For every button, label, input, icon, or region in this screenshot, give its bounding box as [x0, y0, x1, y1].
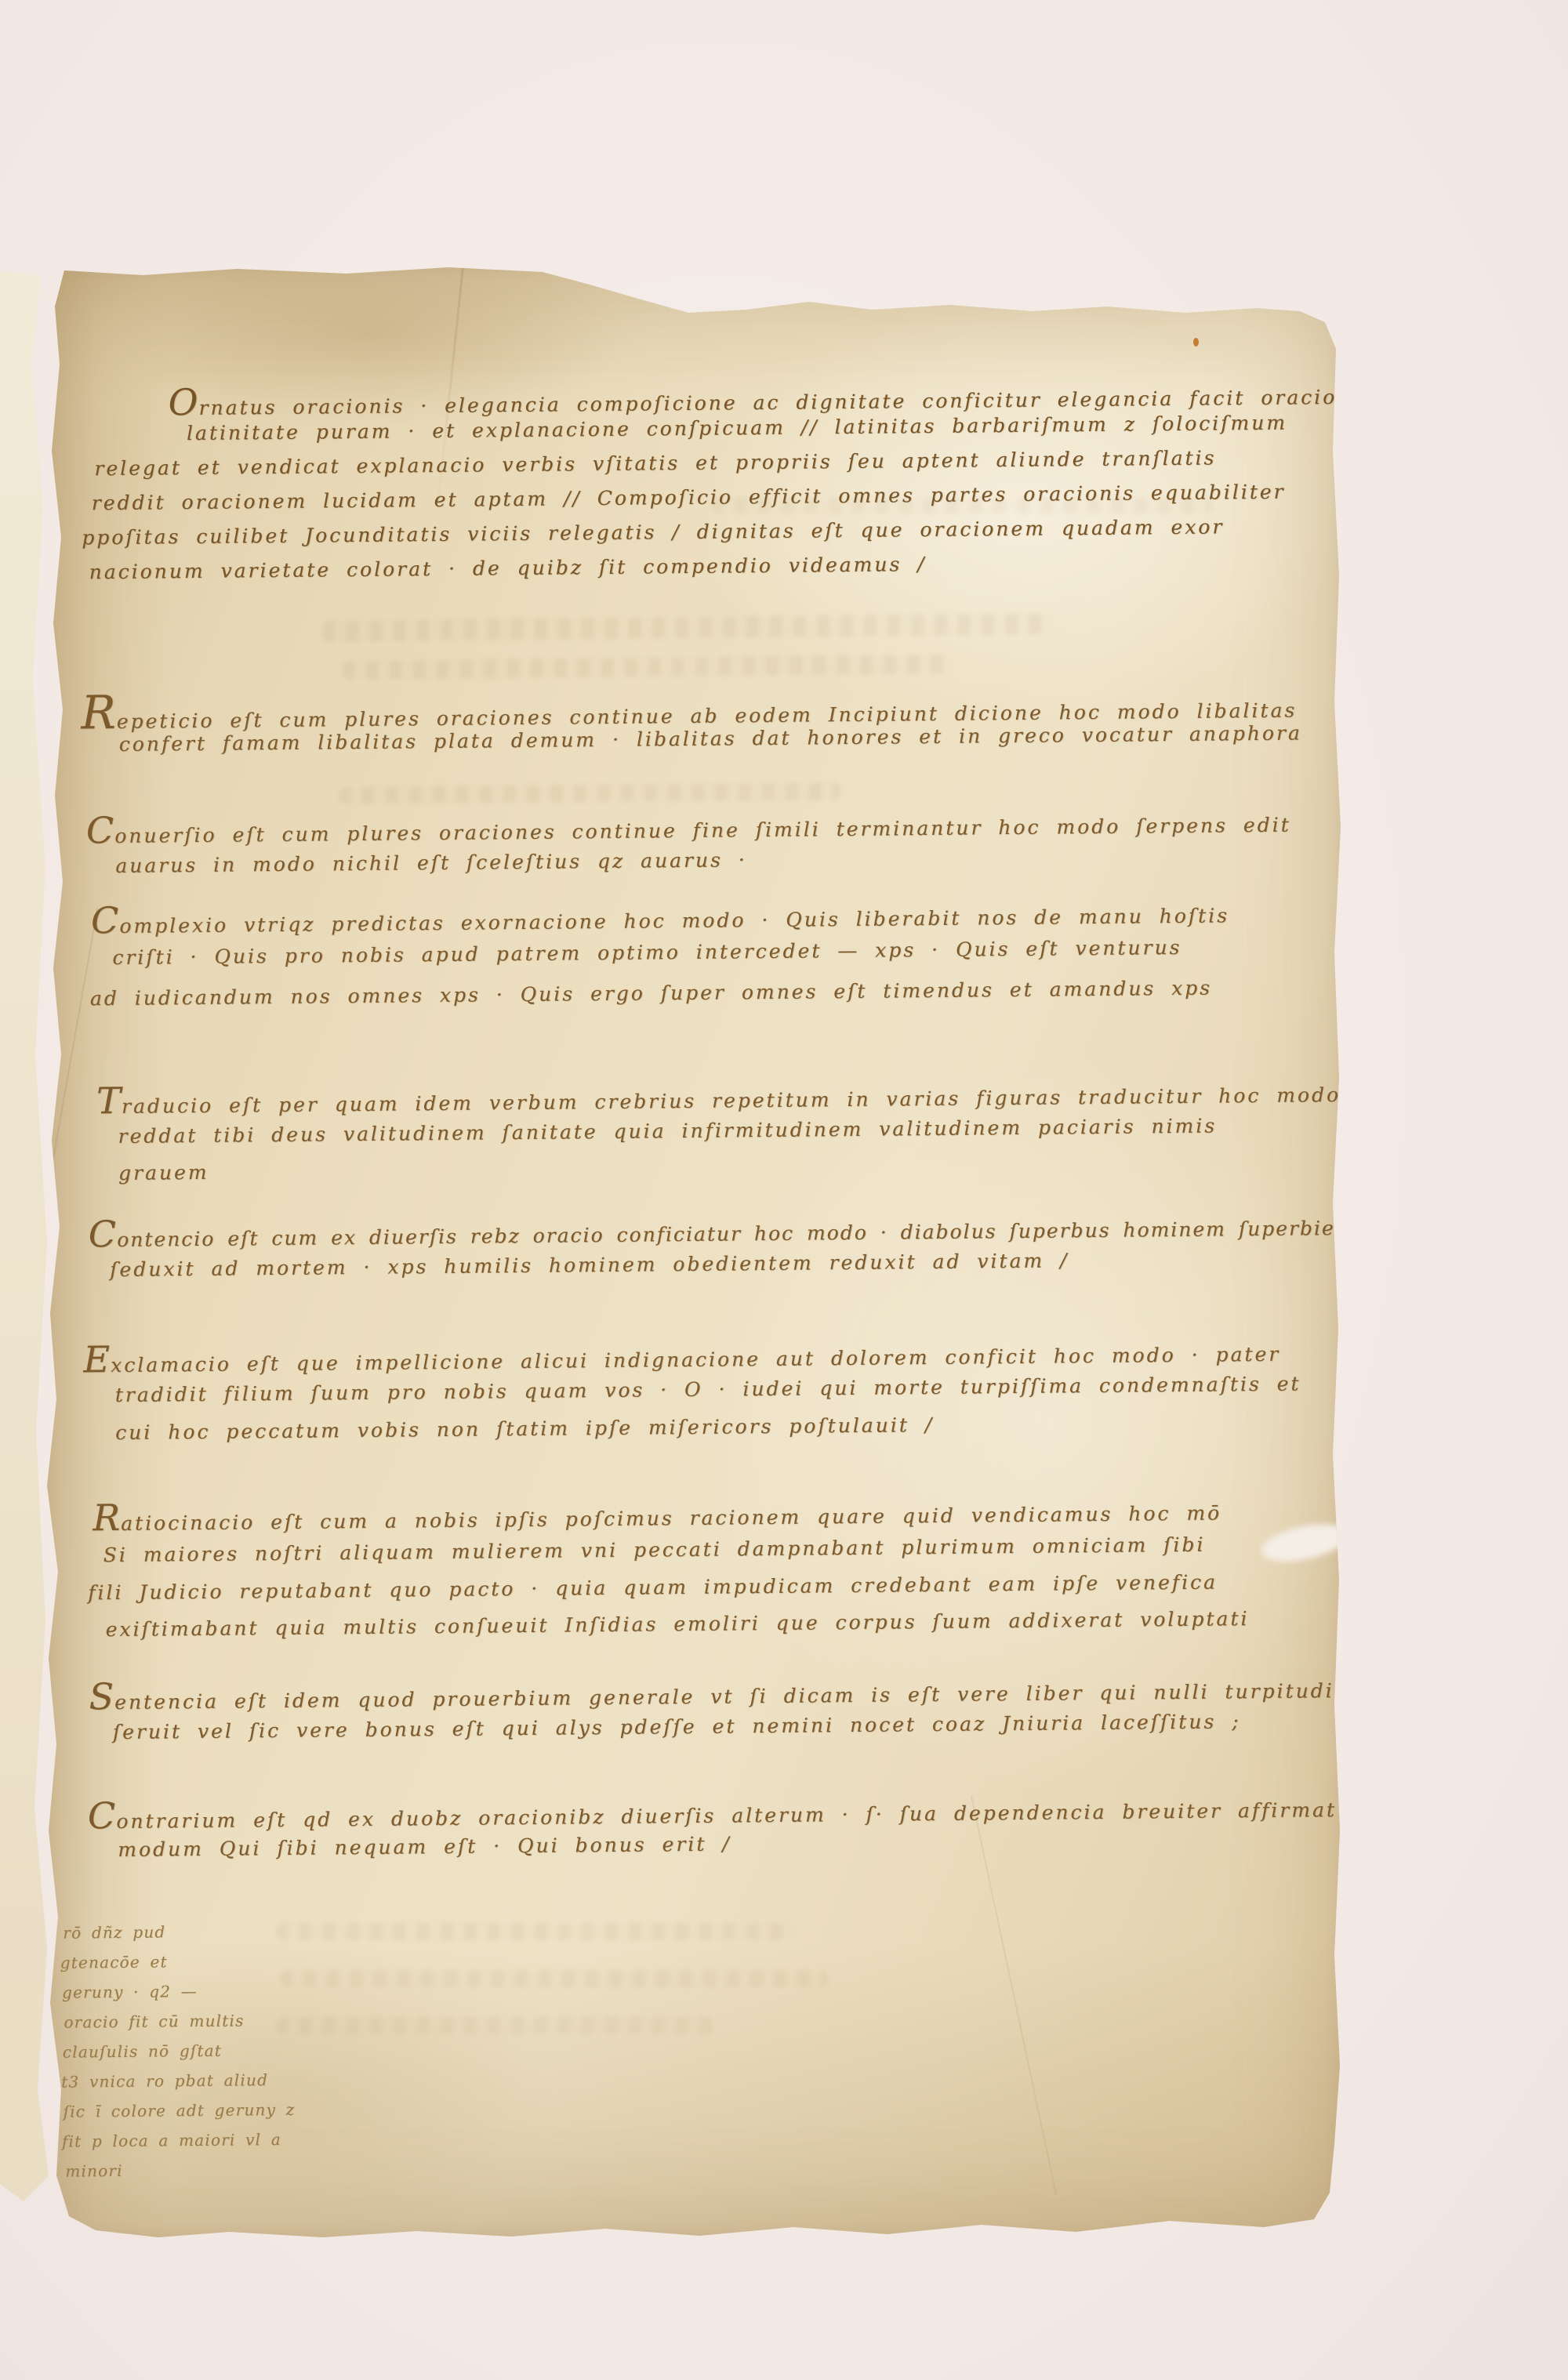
- manuscript-line: Traducio eſt per quam idem verbum crebri…: [96, 1074, 1341, 1118]
- manuscript-line: criſti · Quis pro nobis apud patrem opti…: [112, 936, 1181, 969]
- manuscript-line: exiſtimabant quia multis conſueuit Inſid…: [105, 1607, 1249, 1641]
- manuscript-line: Sentencia eſt idem quod prouerbium gener…: [89, 1670, 1358, 1714]
- margin-note-line: clauſulis nō gſtat: [63, 2041, 222, 2062]
- manuscript-line: cui hoc peccatum vobis non ſtatim ipſe m…: [115, 1413, 934, 1444]
- manuscript-line: auarus in modo nichil eſt ſceleſtius qz …: [115, 848, 747, 877]
- manuscript-line: ſeruit vel ſic vere bonus eſt qui alys p…: [113, 1710, 1241, 1743]
- manuscript-line: ppoſitas cuilibet Jocunditatis viciis re…: [82, 515, 1224, 549]
- margin-note-line: minori: [65, 2161, 123, 2181]
- margin-note-line: oracio fit cū multis: [64, 2011, 244, 2031]
- manuscript-line: relegat et vendicat explanacio verbis vſ…: [94, 446, 1216, 480]
- handwritten-text-block: Ornatus oracionis · elegancia compoſicio…: [39, 251, 1361, 2240]
- photo-backdrop: Ornatus oracionis · elegancia compoſicio…: [0, 0, 1568, 2380]
- manuscript-line: Conuerſio eſt cum plures oraciones conti…: [86, 804, 1291, 848]
- manuscript-line: ad iudicandum nos omnes xps · Quis ergo …: [90, 977, 1212, 1010]
- margin-note-line: ſic ī colore adt geruny z: [63, 2100, 295, 2121]
- manuscript-line: grauem: [118, 1161, 209, 1185]
- manuscript-line: nacionum varietate colorat · de quibz ſi…: [89, 553, 927, 583]
- manuscript-line: Contencio eſt cum ex diuerſis rebz oraci…: [89, 1206, 1392, 1251]
- facing-page-edge: [0, 271, 61, 2201]
- margin-note-line: rō dñz pud: [63, 1922, 165, 1942]
- manuscript-line: fili Judicio reputabant quo pacto · quia…: [88, 1571, 1218, 1605]
- manuscript-line: ſeduxit ad mortem · xps humilis hominem …: [110, 1249, 1069, 1281]
- margin-note-line: fit p loca a maiori vl a: [62, 2130, 281, 2151]
- manuscript-line: Exclamacio eſt que impellicione alicui i…: [83, 1333, 1280, 1377]
- manuscript-page: Ornatus oracionis · elegancia compoſicio…: [41, 263, 1344, 2240]
- manuscript-line: Si maiores noſtri aliquam mulierem vni p…: [103, 1533, 1206, 1566]
- manuscript-line: modum Qui ſibi nequam eſt · Qui bonus er…: [118, 1832, 731, 1861]
- manuscript-line: reddit oracionem lucidam et aptam // Com…: [92, 481, 1286, 515]
- manuscript-line: Contrarium eſt qd ex duobz oracionibz di…: [88, 1788, 1395, 1833]
- manuscript-line: Complexio vtriqz predictas exornacione h…: [91, 894, 1229, 938]
- manuscript-line: Ratiocinacio eſt cum a nobis ipſis poſci…: [93, 1492, 1221, 1535]
- manuscript-line: tradidit filium ſuum pro nobis quam vos …: [115, 1372, 1301, 1406]
- manuscript-line: reddat tibi deus valitudinem ſanitate qu…: [118, 1115, 1217, 1148]
- margin-note-line: gtenacōe et: [60, 1952, 168, 1972]
- margin-note-line: geruny · q2 —: [62, 1982, 198, 2002]
- margin-note-line: t3 vnica ro pbat aliud: [61, 2070, 268, 2092]
